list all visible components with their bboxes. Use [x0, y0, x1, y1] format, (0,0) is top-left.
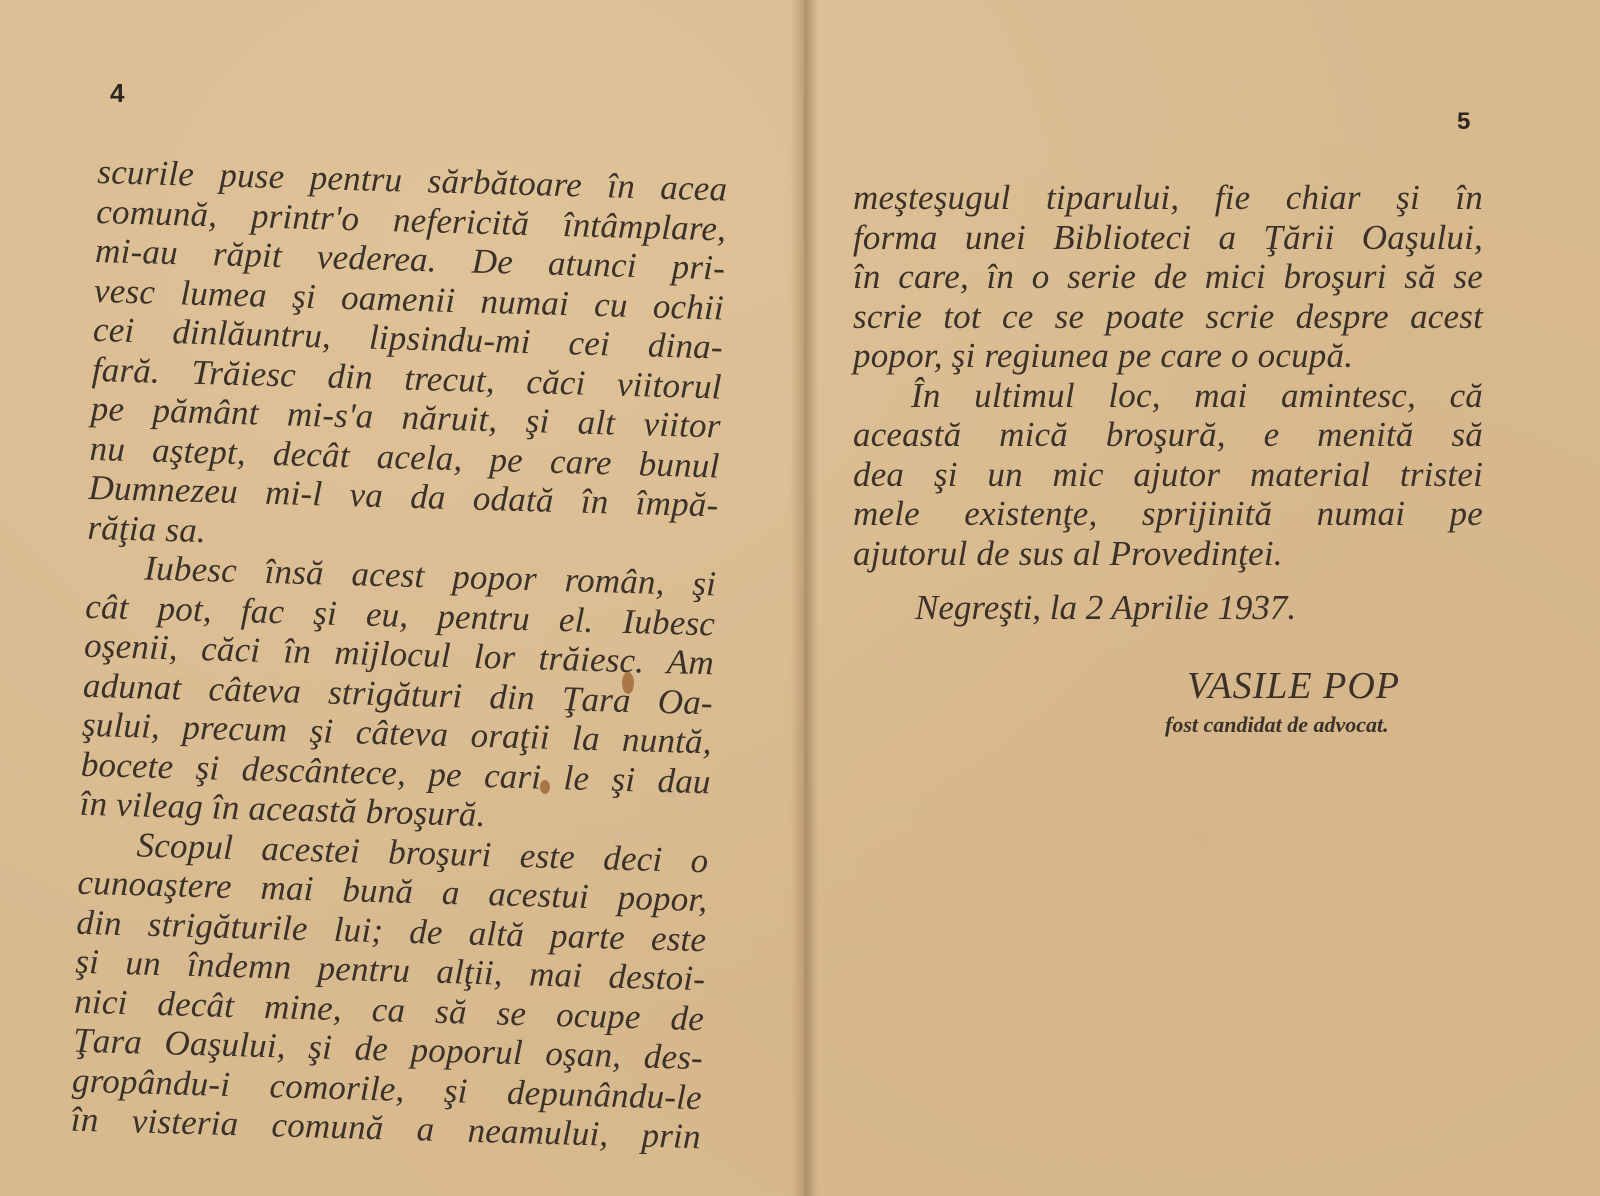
text-line: În ultimul loc, mai amintesc, că: [853, 376, 1483, 416]
body-text: scurile puse pentru sărbătoare în acea c…: [70, 152, 727, 1157]
dateline: Negreşti, la 2 Aprilie 1937.: [915, 588, 1296, 628]
author-signature: VASILE POP: [1187, 664, 1400, 708]
text-line: scrie tot ce se poate scrie despre acest: [853, 297, 1483, 337]
text-line: popor, şi regiunea pe care o ocupă.: [853, 336, 1483, 376]
right-page: 5 meşteşugul tiparului, fie chiar şi în …: [815, 0, 1600, 1196]
paper-stain: [622, 672, 634, 694]
left-page: 4 scurile puse pentru sărbătoare în acea…: [0, 0, 795, 1196]
text-line: meşteşugul tiparului, fie chiar şi în: [853, 178, 1483, 218]
page-number: 4: [110, 78, 124, 109]
body-text: meşteşugul tiparului, fie chiar şi în fo…: [853, 178, 1483, 573]
paper-stain: [540, 780, 550, 794]
text-line: această mică broşură, e menită să: [853, 415, 1483, 455]
text-line: forma unei Biblioteci a Ţării Oaşului,: [853, 218, 1483, 258]
text-line: în care, în o serie de mici broşuri să s…: [853, 257, 1483, 297]
text-line: dea şi un mic ajutor material tristei: [853, 455, 1483, 495]
author-title: fost candidat de advocat.: [1165, 712, 1389, 738]
text-line: mele existenţe, sprijinită numai pe: [853, 494, 1483, 534]
text-line: ajutorul de sus al Provedinţei.: [853, 534, 1483, 574]
book-spread: 4 scurile puse pentru sărbătoare în acea…: [0, 0, 1600, 1196]
page-number: 5: [1457, 108, 1470, 136]
